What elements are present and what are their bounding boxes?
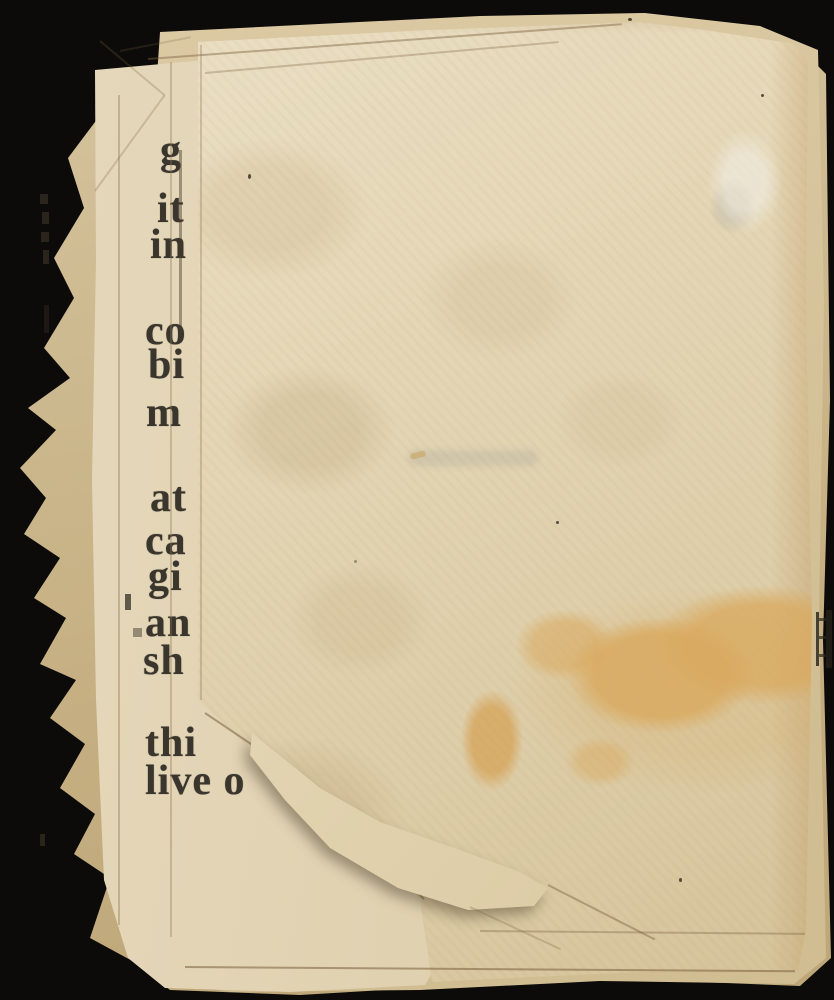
paper-speck (761, 94, 764, 97)
print-remnant-mark (43, 250, 49, 264)
print-remnant-mark (41, 232, 49, 242)
book-page-scan: g it in co bi m at ca gi an sh thi live … (0, 0, 834, 1000)
print-remnant-mark (133, 628, 142, 637)
print-remnant-mark (42, 212, 49, 224)
paper-speck (679, 878, 682, 882)
print-remnant-mark (125, 594, 131, 610)
border-tick (819, 618, 826, 621)
paper-speck (628, 18, 632, 21)
border-tick (819, 636, 826, 639)
print-remnant-mark (44, 305, 49, 333)
torn-flap-shadow (0, 0, 834, 1000)
paper-speck (354, 560, 357, 563)
facing-page-print-fragment (816, 610, 834, 668)
print-remnant-mark (40, 194, 48, 204)
paper-speck (248, 174, 251, 179)
ink-ghost-smudge (408, 450, 538, 466)
paper-speck (556, 521, 559, 524)
torn-paper-flap (0, 0, 834, 1000)
border-bar (826, 610, 832, 668)
border-tick (819, 654, 826, 657)
print-remnant-mark (40, 834, 45, 846)
